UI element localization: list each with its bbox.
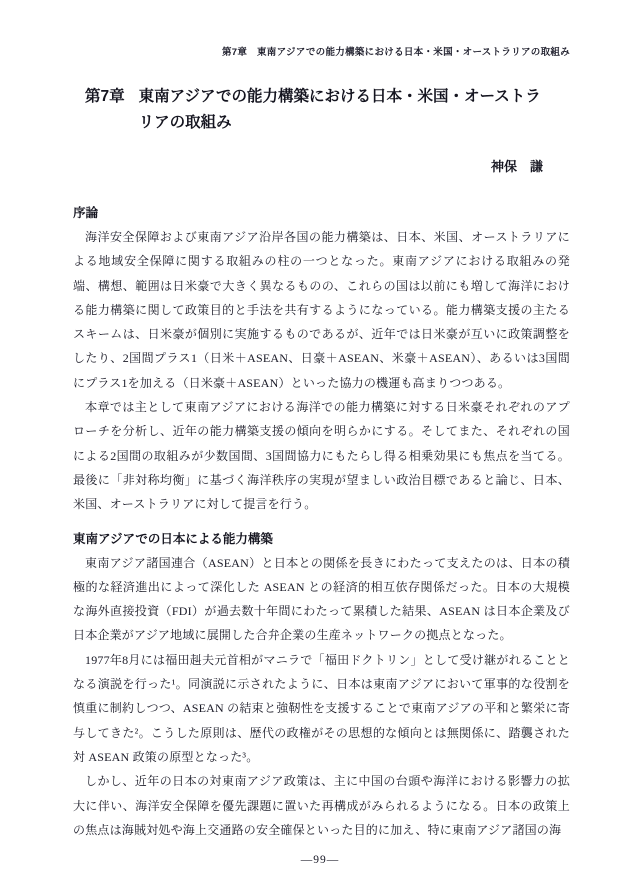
page-content: 第7章 東南アジアでの能力構築における日本・米国・オーストラリアの取組み 第7章… [73,44,570,842]
paragraph: しかし、近年の日本の対東南アジア政策は、主に中国の台頭や海洋における影響力の拡大… [73,769,570,842]
running-head: 第7章 東南アジアでの能力構築における日本・米国・オーストラリアの取組み [73,44,570,58]
section-heading-introduction: 序論 [73,204,570,223]
chapter-number-label: 第7章 [85,84,125,136]
section-body-japan-capacity-building: 東南アジア諸国連合（ASEAN）と日本との関係を長きにわたって支えたのは、日本の… [73,551,570,843]
chapter-title-text: 東南アジアでの能力構築における日本・米国・オーストラリアの取組み [139,84,551,136]
author-name: 神保 謙 [73,156,570,175]
section-heading-japan-capacity-building: 東南アジアでの日本による能力構築 [73,530,570,549]
paragraph: 本章では主として東南アジアにおける海洋での能力構築に対する日米豪それぞれのアプロ… [73,395,570,516]
paragraph: 東南アジア諸国連合（ASEAN）と日本との関係を長きにわたって支えたのは、日本の… [73,551,570,648]
page-number: ―99― [0,854,640,866]
document-page: 第7章 東南アジアでの能力構築における日本・米国・オーストラリアの取組み 第7章… [0,0,640,888]
section-body-introduction: 海洋安全保障および東南アジア沿岸各国の能力構築は、日本、米国、オーストラリアによ… [73,225,570,517]
paragraph: 海洋安全保障および東南アジア沿岸各国の能力構築は、日本、米国、オーストラリアによ… [73,225,570,395]
chapter-title: 第7章 東南アジアでの能力構築における日本・米国・オーストラリアの取組み [73,84,570,136]
paragraph: 1977年8月には福田赳夫元首相がマニラで「福田ドクトリン」として受け継がれるこ… [73,648,570,769]
